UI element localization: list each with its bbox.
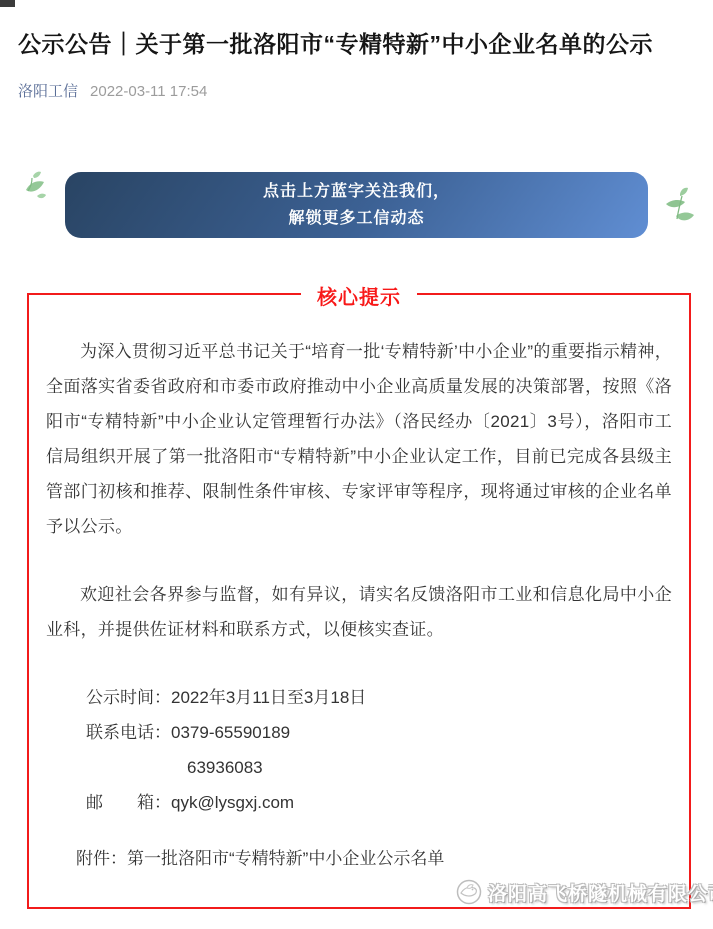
leaf-decoration-left-icon — [22, 170, 54, 204]
notice-paragraph-1: 为深入贯彻习近平总书记关于“培育一批‘专精特新’中小企业”的重要指示精神，全面落… — [46, 334, 672, 544]
leaf-decoration-right-icon — [660, 186, 698, 230]
source-account-link[interactable]: 洛阳工信 — [18, 80, 78, 101]
contact-email: 邮 箱：qyk@lysgxj.com — [86, 785, 672, 820]
contact-block: 公示时间：2022年3月11日至3月18日 联系电话：0379-65590189… — [86, 680, 672, 820]
company-watermark: 洛阳高飞桥隧机械有限公司 — [455, 878, 713, 906]
contact-phone: 联系电话：0379-65590189 — [86, 715, 672, 750]
banner-text-line1: 点击上方蓝字关注我们， — [263, 178, 450, 205]
page-corner-artifact — [0, 0, 15, 7]
notice-body: 为深入贯彻习近平总书记关于“培育一批‘专精特新’中小企业”的重要指示精神，全面落… — [29, 295, 689, 876]
core-tips-box: 核心提示 为深入贯彻习近平总书记关于“培育一批‘专精特新’中小企业”的重要指示精… — [27, 293, 691, 909]
follow-us-banner-button[interactable]: 点击上方蓝字关注我们， 解锁更多工信动态 — [65, 172, 648, 238]
contact-phone-2: 63936083 — [86, 750, 672, 785]
article-header: 公示公告｜关于第一批洛阳市“专精特新”中小企业名单的公示 洛阳工信 2022-0… — [18, 28, 698, 101]
byline: 洛阳工信 2022-03-11 17:54 — [18, 80, 698, 101]
banner-text-line2: 解锁更多工信动态 — [288, 205, 424, 232]
bird-logo-icon — [455, 878, 483, 906]
notice-paragraph-2: 欢迎社会各界参与监督，如有异议，请实名反馈洛阳市工业和信息化局中小企业科，并提供… — [46, 577, 672, 647]
core-tips-label: 核心提示 — [301, 281, 417, 310]
publicity-period: 公示时间：2022年3月11日至3月18日 — [86, 680, 672, 715]
publish-timestamp: 2022-03-11 17:54 — [90, 83, 207, 100]
attachment-line: 附件：第一批洛阳市“专精特新”中小企业公示名单 — [76, 841, 672, 876]
watermark-company-name: 洛阳高飞桥隧机械有限公司 — [488, 879, 713, 906]
page-title: 公示公告｜关于第一批洛阳市“专精特新”中小企业名单的公示 — [18, 28, 698, 60]
